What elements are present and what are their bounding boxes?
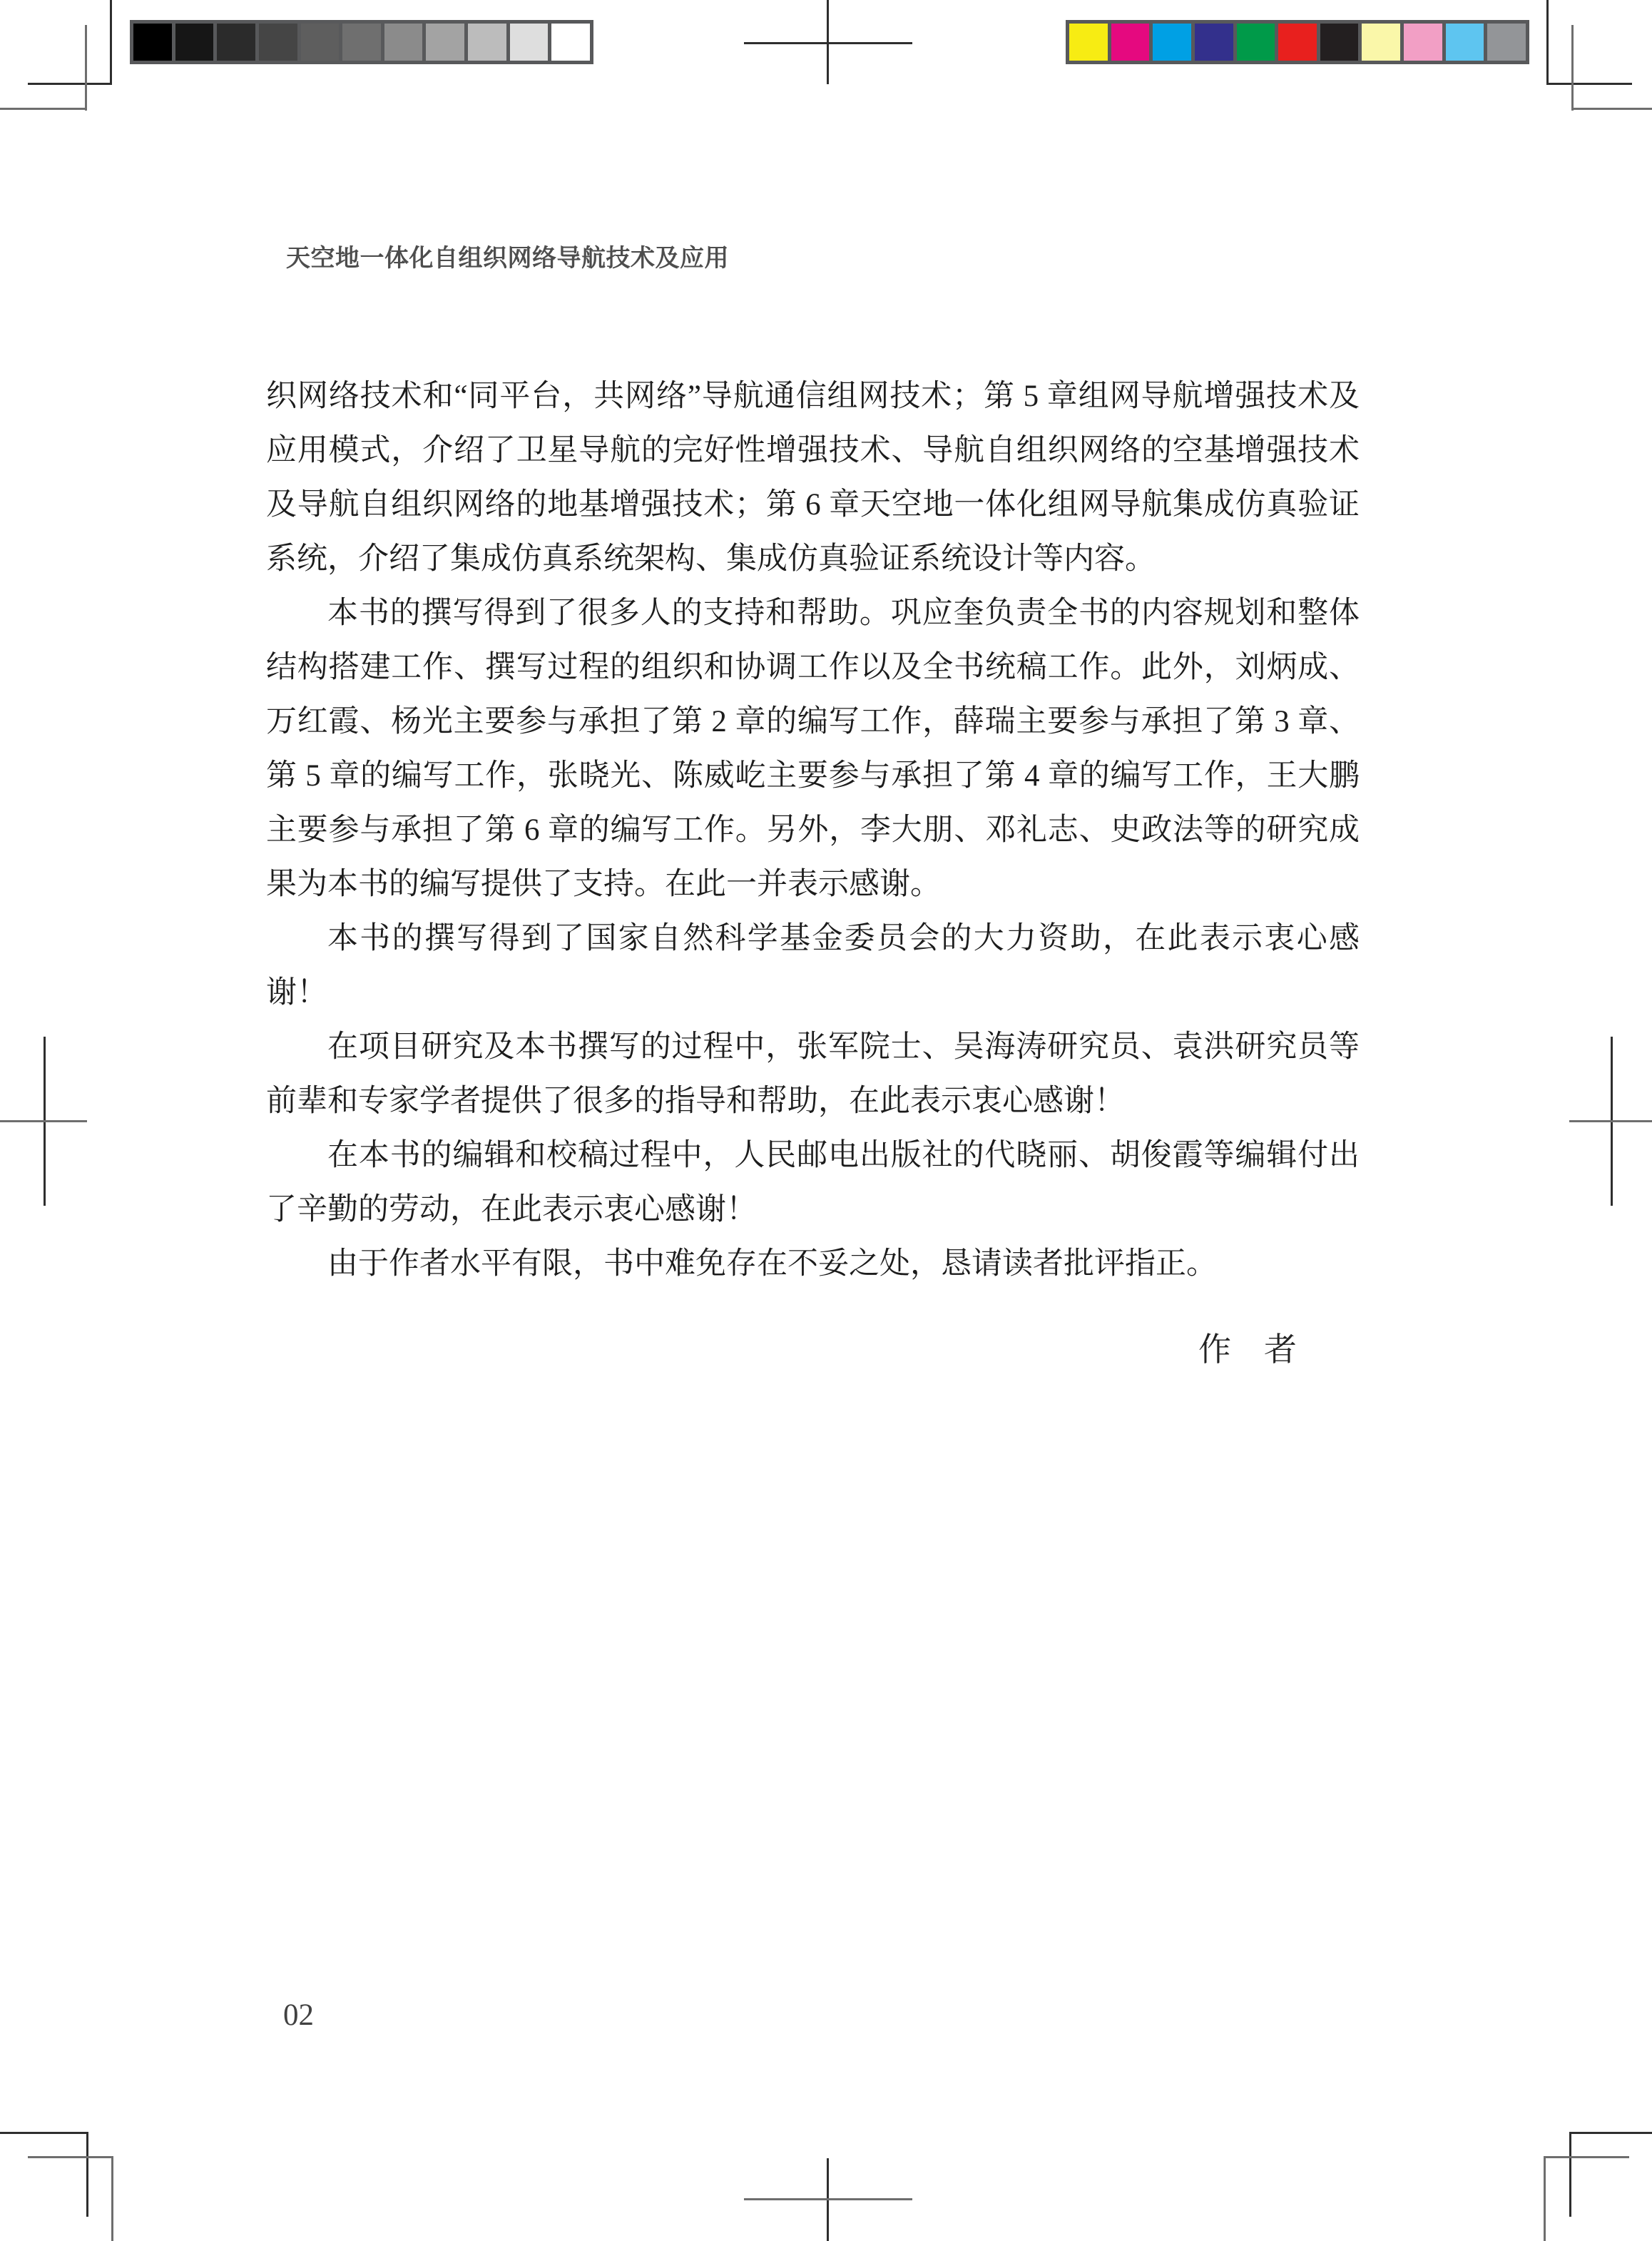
- calibration-swatch: [384, 24, 423, 61]
- grayscale-calibration-bar: [130, 20, 593, 64]
- calibration-swatch: [426, 24, 464, 61]
- calibration-swatch: [259, 24, 297, 61]
- calibration-swatch: [217, 24, 255, 61]
- paragraph: 本书的撰写得到了国家自然科学基金委员会的大力资助，在此表示衷心感谢！: [266, 912, 1360, 1020]
- crop-mark: [1546, 83, 1632, 85]
- calibration-swatch: [1069, 24, 1108, 61]
- calibration-swatch: [1404, 24, 1442, 61]
- color-calibration-bar: [1066, 20, 1529, 64]
- running-header-title: 天空地一体化自组织网络导航技术及应用: [286, 238, 729, 273]
- crop-mark: [1569, 2132, 1652, 2134]
- calibration-swatch: [301, 24, 340, 61]
- calibration-swatch: [1111, 24, 1150, 61]
- crop-mark: [1569, 2132, 1571, 2217]
- page-number: 02: [283, 1998, 314, 2033]
- crop-mark: [28, 83, 112, 85]
- crop-mark: [110, 0, 112, 84]
- registration-cross: [0, 1120, 87, 1122]
- registration-cross: [744, 2198, 912, 2200]
- calibration-swatch: [1362, 24, 1400, 61]
- crop-mark: [86, 2132, 88, 2217]
- calibration-swatch: [1446, 24, 1484, 61]
- calibration-swatch: [175, 24, 214, 61]
- paragraph: 本书的撰写得到了很多人的支持和帮助。巩应奎负责全书的内容规划和整体结构搭建工作、…: [266, 586, 1360, 912]
- paragraph: 由于作者水平有限，书中难免存在不妥之处，恳请读者批评指正。: [266, 1237, 1360, 1291]
- calibration-swatch: [468, 24, 506, 61]
- paragraph: 在本书的编辑和校稿过程中，人民邮电出版社的代晓丽、胡俊霞等编辑付出了辛勤的劳动，…: [266, 1129, 1360, 1237]
- crop-mark: [1544, 2156, 1629, 2158]
- crop-mark: [28, 2156, 113, 2158]
- preface-body: 织网络技术和“同平台，共网络”导航通信组网技术；第 5 章组网导航增强技术及应用…: [266, 370, 1360, 1291]
- calibration-swatch: [1320, 24, 1359, 61]
- registration-cross: [744, 42, 912, 44]
- calibration-swatch: [133, 24, 172, 61]
- author-signature: 作 者: [1198, 1323, 1297, 1371]
- calibration-swatch: [1278, 24, 1317, 61]
- calibration-swatch: [510, 24, 549, 61]
- crop-mark: [85, 25, 87, 111]
- crop-mark: [111, 2156, 113, 2241]
- calibration-swatch: [1195, 24, 1233, 61]
- calibration-swatch: [1153, 24, 1191, 61]
- crop-mark: [1546, 0, 1549, 84]
- paragraph: 在项目研究及本书撰写的过程中，张军院士、吴海涛研究员、袁洪研究员等前辈和专家学者…: [266, 1020, 1360, 1129]
- book-page: 天空地一体化自组织网络导航技术及应用 织网络技术和“同平台，共网络”导航通信组网…: [0, 0, 1652, 2241]
- crop-mark: [1544, 2156, 1546, 2241]
- paragraph-continuation: 织网络技术和“同平台，共网络”导航通信组网技术；第 5 章组网导航增强技术及应用…: [266, 370, 1360, 586]
- calibration-swatch: [342, 24, 381, 61]
- crop-mark: [1571, 108, 1652, 110]
- crop-mark: [0, 2132, 88, 2134]
- registration-cross: [1569, 1120, 1652, 1122]
- calibration-swatch: [1487, 24, 1526, 61]
- crop-mark: [0, 108, 87, 110]
- calibration-swatch: [1237, 24, 1275, 61]
- calibration-swatch: [551, 24, 590, 61]
- crop-mark: [1571, 25, 1574, 111]
